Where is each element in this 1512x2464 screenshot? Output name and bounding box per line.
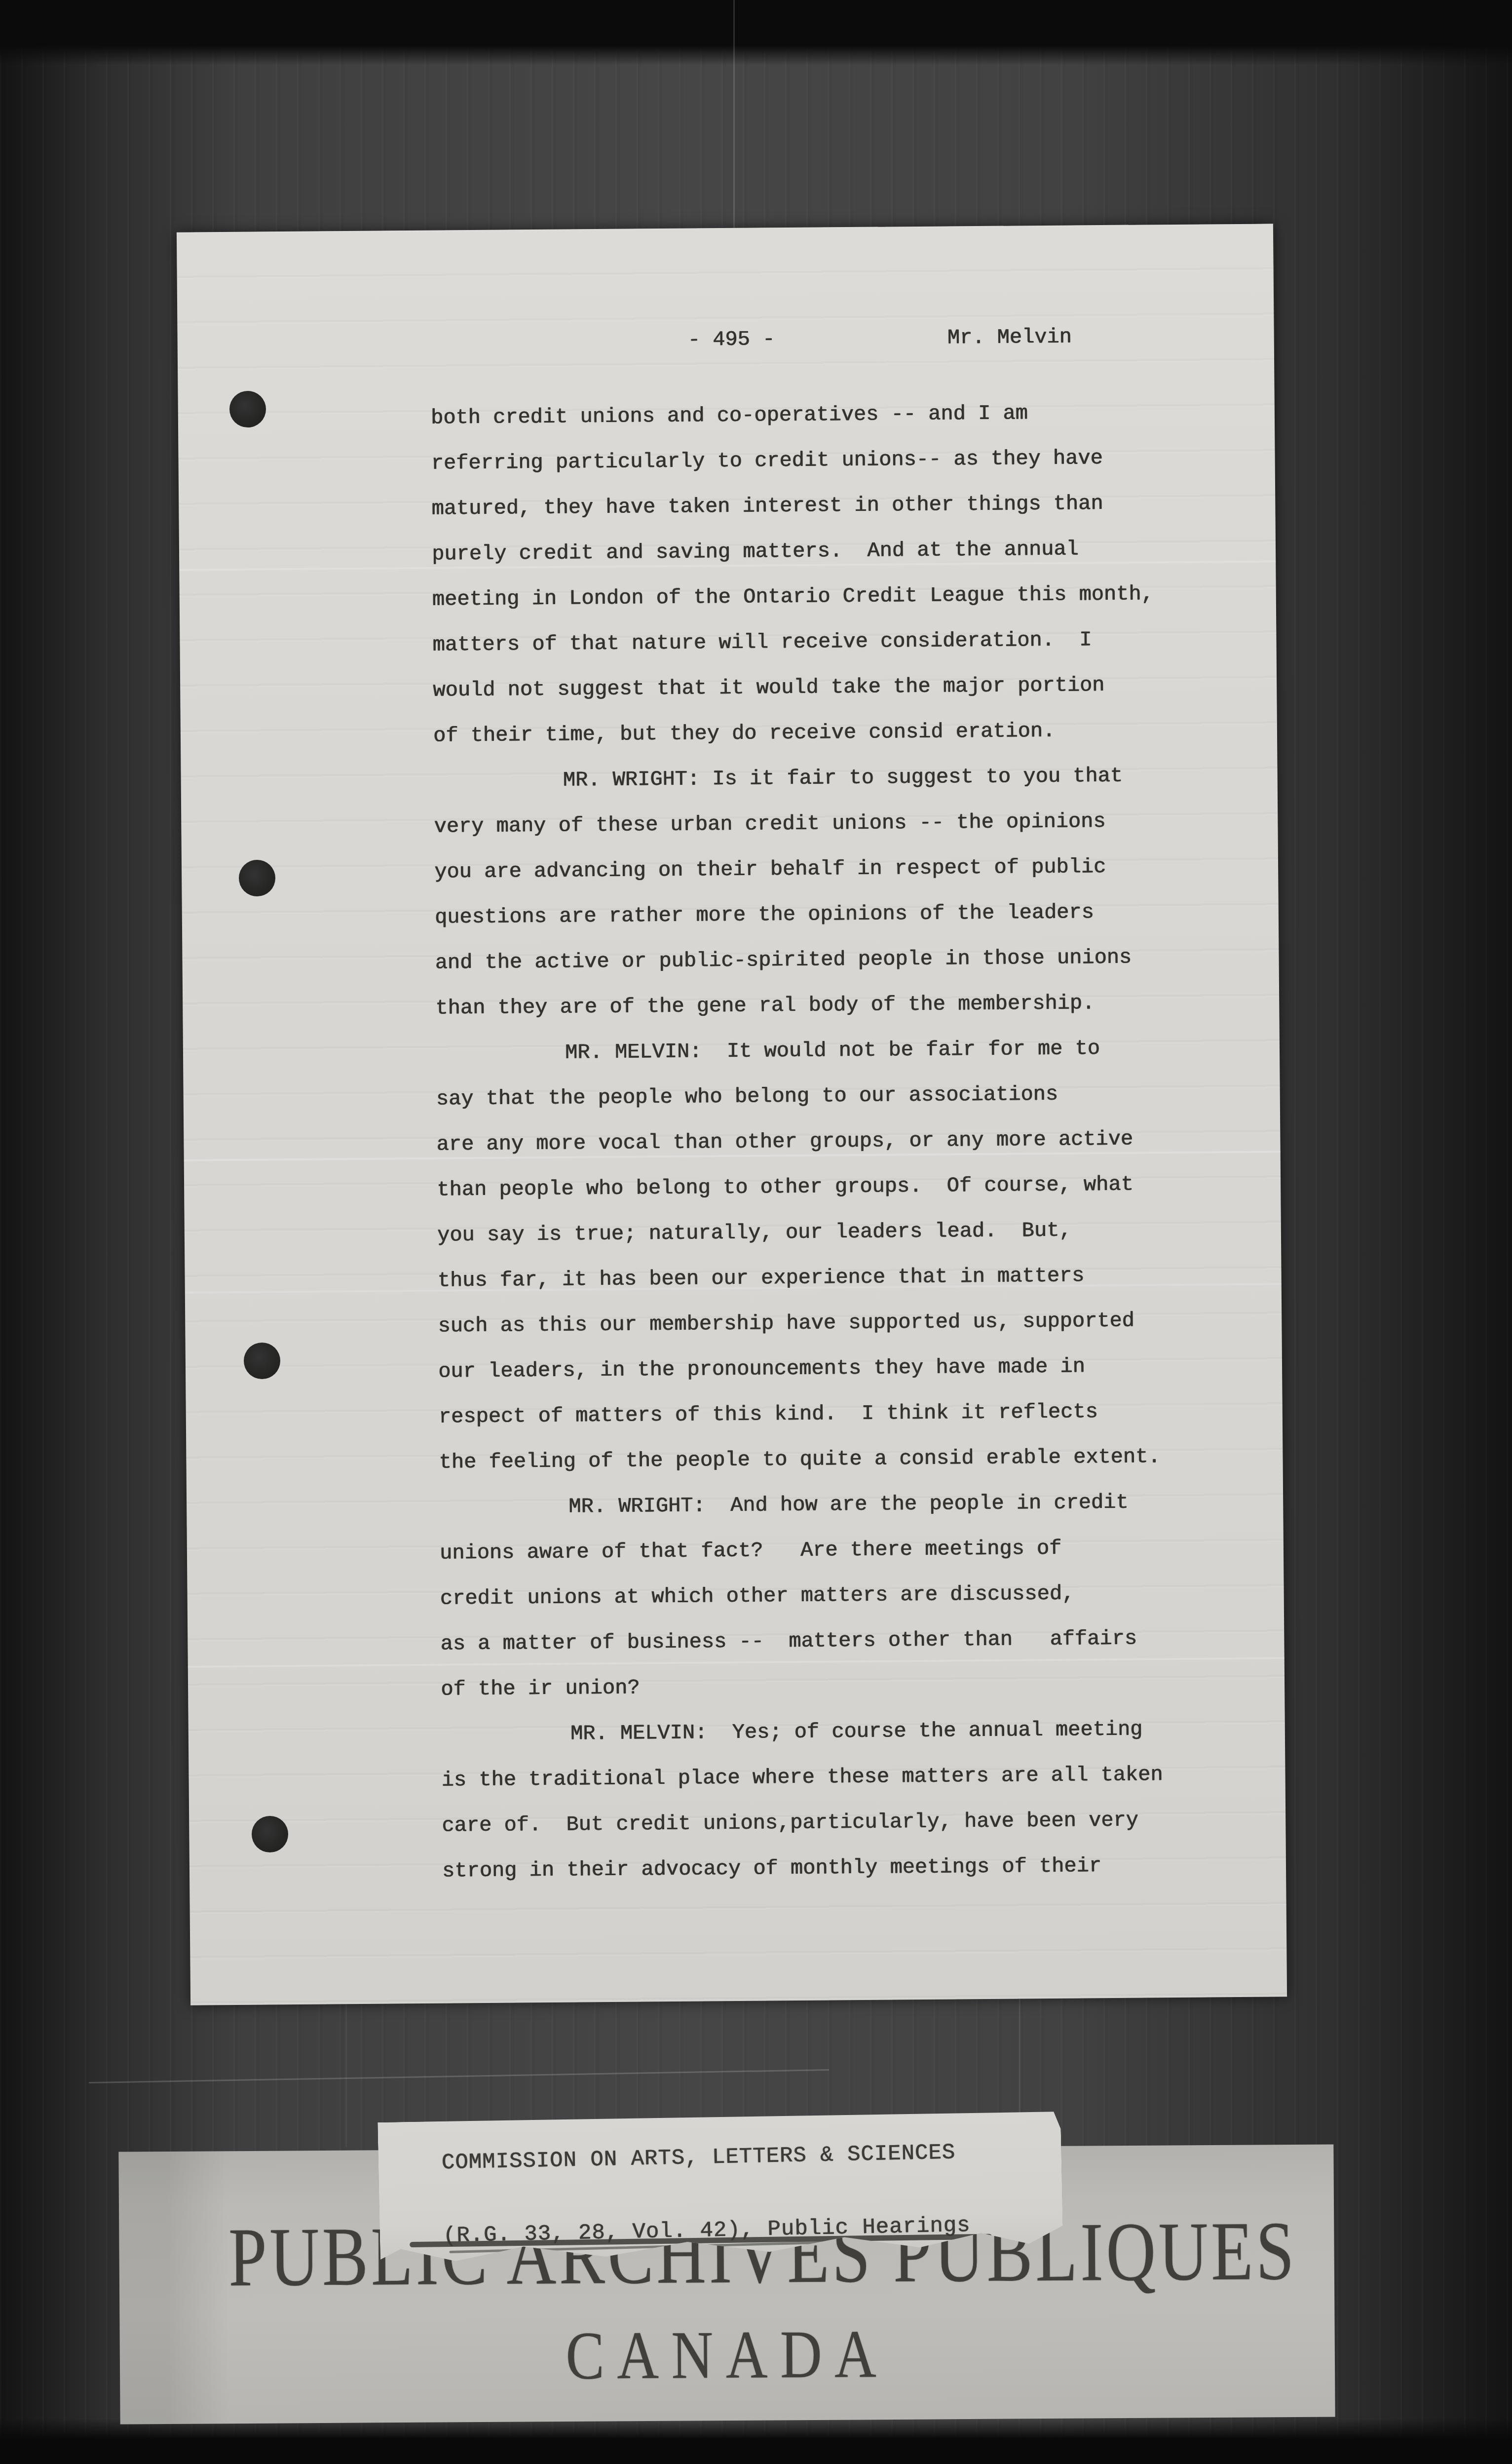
- film-edge-top: [0, 0, 1512, 65]
- text-line: such as this our membership have support…: [438, 1297, 1247, 1349]
- film-scratch: [733, 0, 735, 232]
- hole-punch: [252, 1816, 288, 1852]
- hole-punch: [244, 1343, 280, 1379]
- microfilm-scan: - 495 - Mr. Melvin both credit unions an…: [0, 0, 1512, 2464]
- text-line: of the ir union?: [441, 1660, 1250, 1712]
- speaker-attribution: Mr. Melvin: [947, 325, 1071, 350]
- text-line: as a matter of business -- matters other…: [440, 1615, 1250, 1667]
- text-line: MR. WRIGHT: And how are the people in cr…: [439, 1479, 1249, 1531]
- text-line: meeting in London of the Ontario Credit …: [432, 571, 1242, 622]
- text-line: say that the people who belong to our as…: [436, 1070, 1246, 1122]
- transcript-body: both credit unions and co-operatives -- …: [431, 389, 1252, 1894]
- text-line: you are advancing on their behalf in res…: [434, 843, 1244, 895]
- text-line: purely credit and saving matters. And at…: [432, 525, 1242, 577]
- commission-line-1: COMMISSION ON ARTS, LETTERS & SCIENCES: [441, 2140, 955, 2175]
- page-header: - 495 - Mr. Melvin: [178, 323, 1275, 377]
- film-scratch: [89, 2069, 829, 2083]
- page-number: - 495 -: [687, 327, 775, 351]
- text-line: you say is true; naturally, our leaders …: [437, 1206, 1247, 1258]
- text-line: thus far, it has been our experience tha…: [437, 1252, 1247, 1304]
- text-line: of their time, but they do receive consi…: [433, 707, 1243, 759]
- text-line: respect of matters of this kind. I think…: [438, 1388, 1248, 1440]
- text-line: is the traditional place where these mat…: [441, 1751, 1251, 1803]
- text-line: our leaders, in the pronouncements they …: [438, 1343, 1248, 1394]
- text-line: the feeling of the people to quite a con…: [439, 1433, 1248, 1485]
- text-line: MR. WRIGHT: Is it fair to suggest to you…: [433, 752, 1243, 804]
- document-page: - 495 - Mr. Melvin both credit unions an…: [177, 224, 1287, 2005]
- text-line: credit unions at which other matters are…: [440, 1570, 1249, 1621]
- film-edge-bottom: [0, 2419, 1512, 2464]
- text-line: and the active or public-spirited people…: [435, 934, 1245, 986]
- commission-stamp-text: COMMISSION ON ARTS, LETTERS & SCIENCES (…: [378, 2109, 1063, 2256]
- text-line: matters of that nature will receive cons…: [432, 616, 1242, 668]
- text-line: than people who belong to other groups. …: [437, 1161, 1247, 1213]
- text-line: both credit unions and co-operatives -- …: [431, 389, 1241, 441]
- text-line: referring particularly to credit unions-…: [431, 434, 1241, 486]
- hole-punch: [229, 391, 266, 427]
- text-line: unions aware of that fact? Are there mee…: [440, 1524, 1249, 1576]
- text-line: MR. MELVIN: It would not be fair for me …: [436, 1025, 1246, 1077]
- text-line: care of. But credit unions,particularly,…: [442, 1797, 1251, 1848]
- text-line: would not suggest that it would take the…: [433, 661, 1243, 713]
- hole-punch: [239, 860, 275, 896]
- text-line: than they are of the gene ral body of th…: [435, 979, 1245, 1031]
- text-line: very many of these urban credit unions -…: [434, 798, 1244, 849]
- text-line: are any more vocal than other groups, or…: [436, 1116, 1246, 1167]
- text-line: questions are rather more the opinions o…: [434, 888, 1244, 940]
- text-line: MR. MELVIN: Yes; of course the annual me…: [441, 1706, 1250, 1758]
- archives-stamp-country: CANADA: [211, 2312, 1244, 2397]
- film-scratch: [345, 2004, 347, 2147]
- text-line: strong in their advocacy of monthly meet…: [442, 1842, 1252, 1894]
- text-line: matured, they have taken interest in oth…: [431, 480, 1241, 532]
